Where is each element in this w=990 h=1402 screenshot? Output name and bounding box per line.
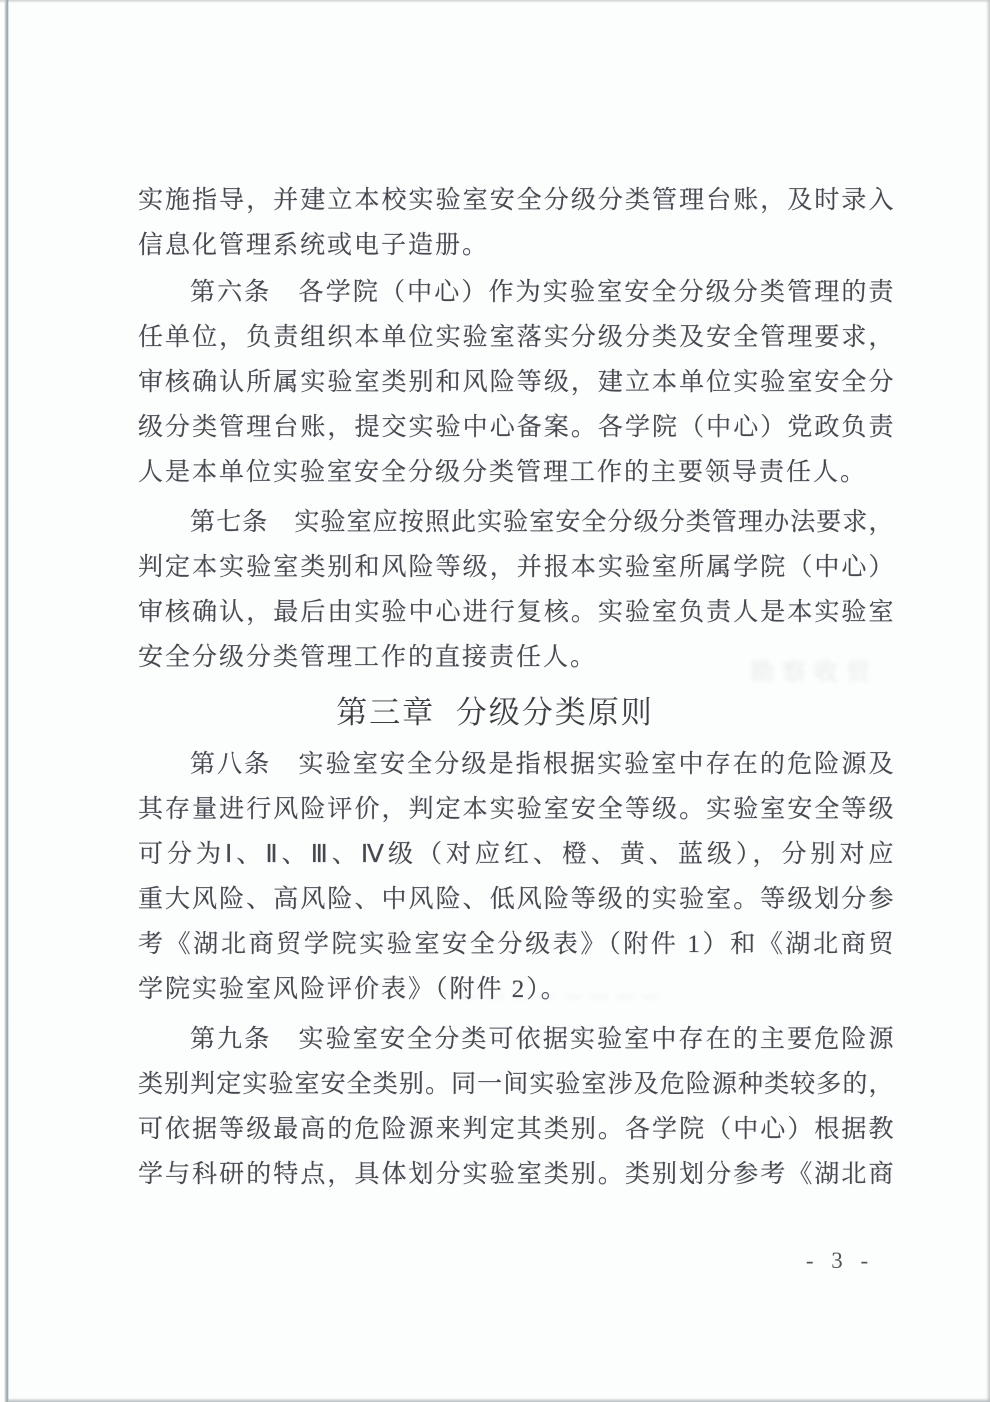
body-line: 可依据等级最高的危险源来判定其类别。各学院（中心）根据教 — [138, 1107, 894, 1152]
body-line: 第七条 实验室应按照此实验室安全分级分类管理办法要求， — [138, 500, 894, 545]
body-line: 考《湖北商贸学院实验室安全分级表》（附件 1）和《湖北商贸 — [138, 922, 894, 967]
body-line: 类别判定实验室安全类别。同一间实验室涉及危险源种类较多的， — [138, 1062, 894, 1107]
paragraph-article-8: 第八条 实验室安全分级是指根据实验室中存在的危险源及 其存量进行风险评价，判定本… — [138, 742, 894, 1012]
body-line: 实施指导，并建立本校实验室安全分级分类管理台账，及时录入 — [138, 178, 894, 223]
body-line: 学院实验室风险评价表》（附件 2）。 — [138, 967, 894, 1012]
body-line: 第八条 实验室安全分级是指根据实验室中存在的危险源及 — [138, 742, 894, 787]
body-line: 级分类管理台账，提交实验中心备案。各学院（中心）党政负责 — [138, 405, 894, 450]
body-line: 判定本实验室类别和风险等级，并报本实验室所属学院（中心） — [138, 545, 894, 590]
chapter-heading: 第三章 分级分类原则 — [0, 692, 990, 734]
body-line: 信息化管理系统或电子造册。 — [138, 223, 894, 268]
body-line: 第九条 实验室安全分类可依据实验室中存在的主要危险源 — [138, 1017, 894, 1062]
body-line: 第六条 各学院（中心）作为实验室安全分级分类管理的责 — [138, 270, 894, 315]
scan-edge-bottom — [8, 1398, 990, 1402]
body-line: 审核确认，最后由实验中心进行复核。实验室负责人是本实验室 — [138, 590, 894, 635]
body-line: 任单位，负责组织本单位实验室落实分级分类及安全管理要求， — [138, 315, 894, 360]
body-line: 审核确认所属实验室类别和风险等级，建立本单位实验室安全分 — [138, 360, 894, 405]
body-line: 学与科研的特点，具体划分实验室类别。类别划分参考《湖北商 — [138, 1152, 894, 1197]
body-line: 可分为Ⅰ、Ⅱ、Ⅲ、Ⅳ级（对应红、橙、黄、蓝级），分别对应 — [138, 832, 894, 877]
body-line: 其存量进行风险评价，判定本实验室安全等级。实验室安全等级 — [138, 787, 894, 832]
paragraph-article-6: 第六条 各学院（中心）作为实验室安全分级分类管理的责 任单位，负责组织本单位实验… — [138, 270, 894, 495]
paragraph-article-7: 第七条 实验室应按照此实验室安全分级分类管理办法要求， 判定本实验室类别和风险等… — [138, 500, 894, 680]
body-line: 人是本单位实验室安全分级分类管理工作的主要领导责任人。 — [138, 450, 894, 495]
body-line: 重大风险、高风险、中风险、低风险等级的实验室。等级划分参 — [138, 877, 894, 922]
page-number: - 3 - — [790, 1248, 890, 1274]
paragraph-intro-continued: 实施指导，并建立本校实验室安全分级分类管理台账，及时录入 信息化管理系统或电子造… — [138, 178, 894, 268]
paragraph-article-9: 第九条 实验室安全分类可依据实验室中存在的主要危险源 类别判定实验室安全类别。同… — [138, 1017, 894, 1197]
scan-edge-top — [0, 0, 990, 3]
scanned-document-page: 实施指导，并建立本校实验室安全分级分类管理台账，及时录入 信息化管理系统或电子造… — [0, 0, 990, 1402]
body-line: 安全分级分类管理工作的直接责任人。 — [138, 635, 894, 680]
